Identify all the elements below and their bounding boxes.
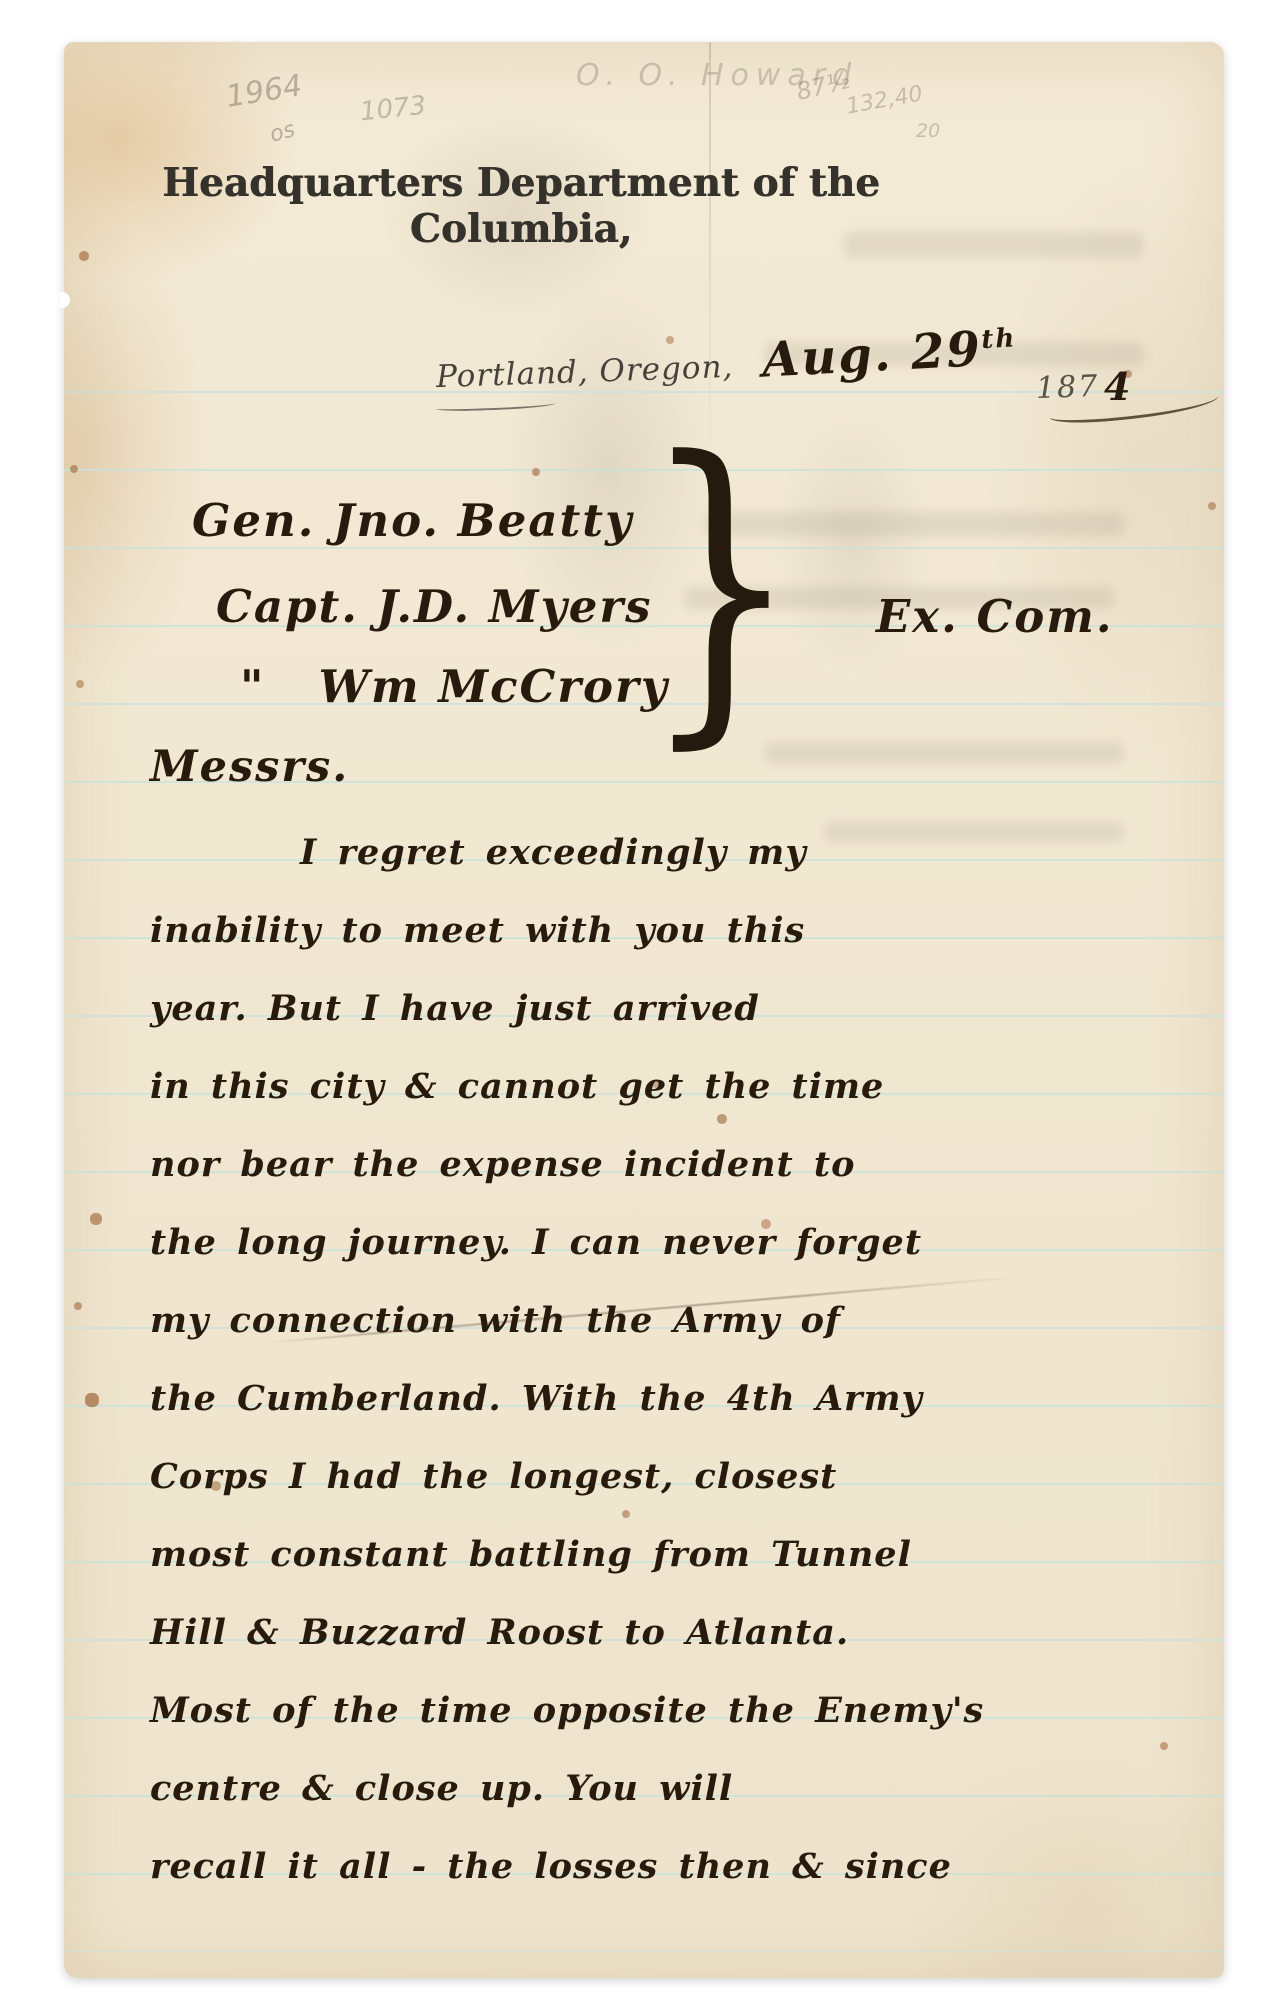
body-line: Corps I had the longest, closest (150, 1438, 1150, 1516)
body-line: most constant battling from Tunnel (150, 1516, 1150, 1594)
body-line: centre & close up. You will (150, 1750, 1150, 1828)
committee-label: Ex. Com. (876, 590, 1114, 643)
place-underline-flourish (436, 400, 556, 412)
pencil-annotation: os (267, 117, 298, 148)
body-line: I regret exceedingly my (150, 814, 1150, 892)
recipient-line-2: Capt. J.D. Myers (216, 580, 652, 633)
paper-edge-notch (60, 292, 70, 308)
body-line: recall it all - the losses then & since (150, 1828, 1150, 1906)
body-line: Most of the time opposite the Enemy's (150, 1672, 1150, 1750)
body-line: year. But I have just arrived (150, 970, 1150, 1048)
grouping-brace: } (642, 434, 799, 734)
letterhead-title: Headquarters Department of the Columbia, (64, 160, 978, 252)
pencil-annotation: 1964 (224, 68, 305, 115)
bleedthrough-smudge (764, 742, 1124, 764)
foxing-stain-spots (64, 42, 68, 46)
body-line: nor bear the expense incident to (150, 1126, 1150, 1204)
pencil-annotation: 20 (916, 120, 940, 142)
pencil-annotation: 1073 (359, 91, 428, 128)
body-line: Hill & Buzzard Roost to Atlanta. (150, 1594, 1150, 1672)
letter-body: I regret exceedingly my inability to mee… (150, 814, 1150, 1906)
body-line: inability to meet with you this (150, 892, 1150, 970)
body-line: the Cumberland. With the 4th Army (150, 1360, 1150, 1438)
handwritten-date: Aug. 29th (761, 319, 1018, 388)
letterhead-place: Portland, Oregon, (435, 349, 733, 395)
body-line: my connection with the Army of (150, 1282, 1150, 1360)
recipient-line-1: Gen. Jno. Beatty (192, 494, 633, 547)
salutation: Messrs. (150, 742, 349, 792)
scanned-letter-page: 1964 os 1073 O. O. Howard 87½ 132,40 20 … (0, 0, 1279, 2000)
date-day: Aug. 29 (761, 321, 984, 388)
letter-paper-sheet: 1964 os 1073 O. O. Howard 87½ 132,40 20 … (64, 42, 1224, 1978)
body-line: the long journey. I can never forget (150, 1204, 1150, 1282)
date-ordinal: th (981, 323, 1017, 355)
body-line: in this city & cannot get the time (150, 1048, 1150, 1126)
recipient-line-3: " Wm McCrory (240, 660, 669, 713)
